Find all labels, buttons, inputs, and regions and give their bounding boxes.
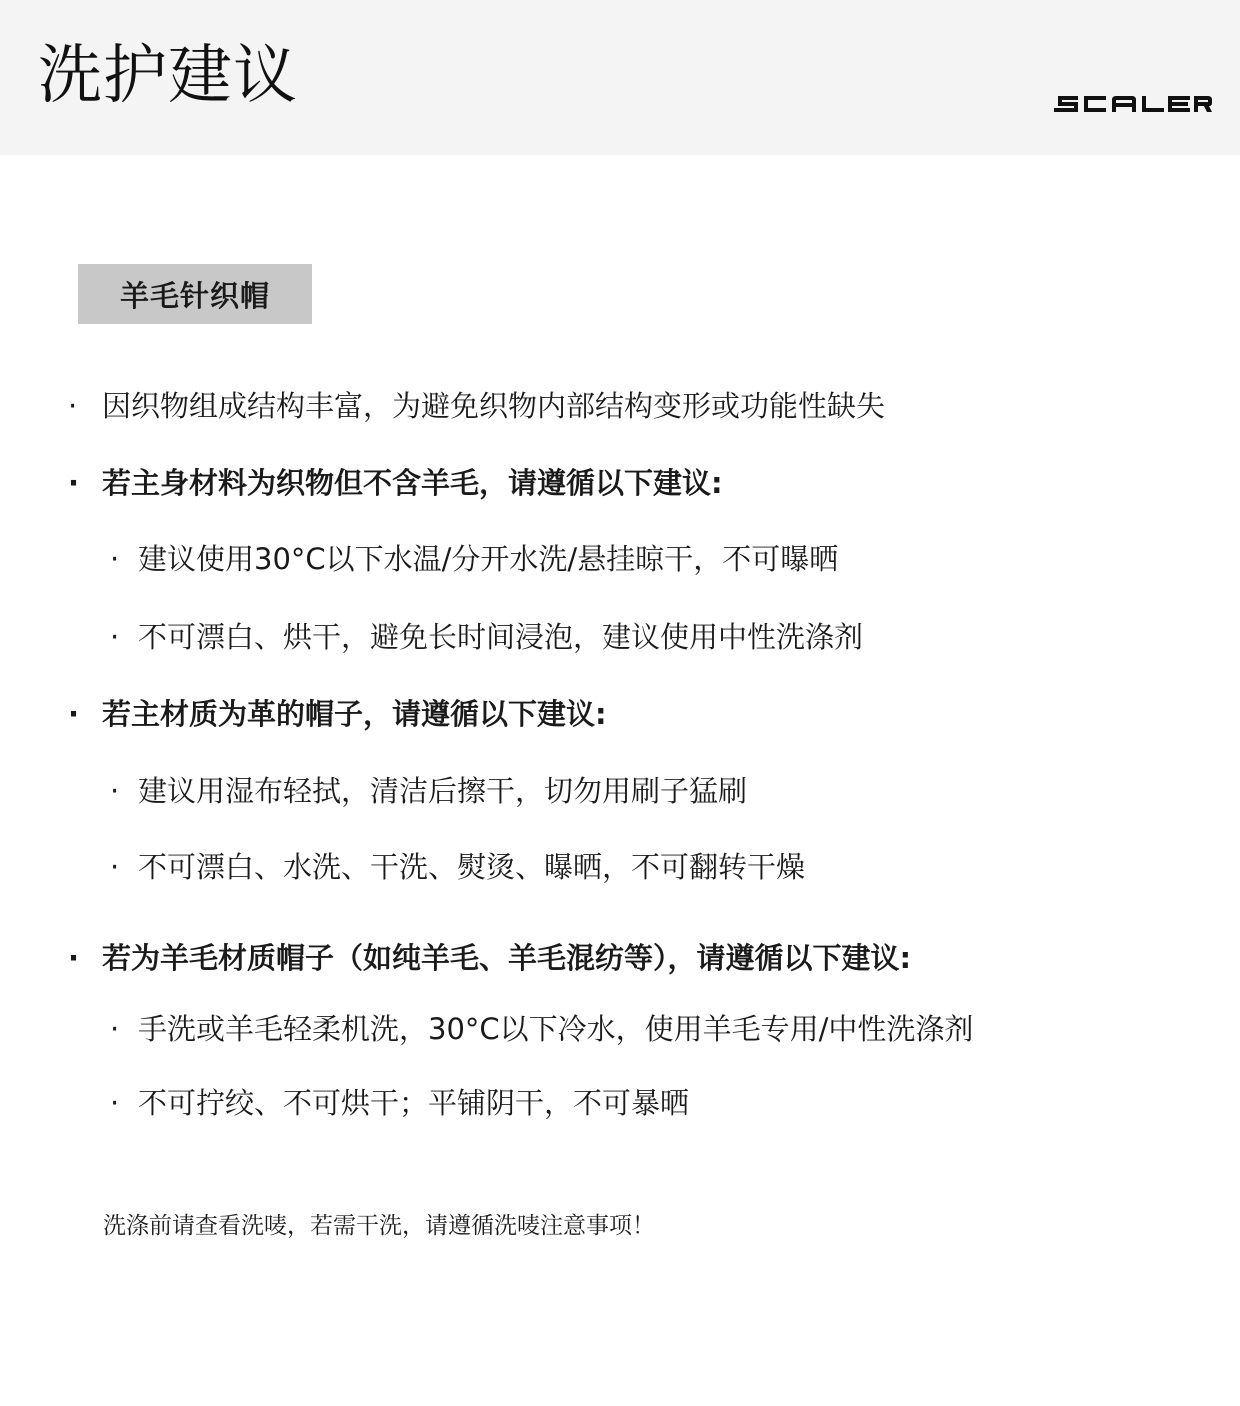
list-item: ·不可拧绞、不可烘干；平铺阴干，不可暴晒: [110, 1083, 689, 1123]
list-item: ·建议用湿布轻拭，清洁后擦干，切勿用刷子猛刷: [110, 771, 747, 811]
section-heading-fabric: ·若主身材料为织物但不含羊毛，请遵循以下建议:: [68, 463, 723, 503]
item-text: 建议用湿布轻拭，清洁后擦干，切勿用刷子猛刷: [138, 774, 747, 808]
intro-line: ·因织物组成结构丰富，为避免织物内部结构变形或功能性缺失: [68, 386, 885, 426]
page-title: 洗护建议: [38, 34, 298, 118]
bullet-icon: ·: [110, 771, 138, 811]
list-item: ·不可漂白、水洗、干洗、熨烫、曝晒，不可翻转干燥: [110, 847, 805, 887]
item-text: 不可漂白、烘干，避免长时间浸泡，建议使用中性洗涤剂: [138, 620, 863, 654]
section-heading-wool: ·若为羊毛材质帽子（如纯羊毛、羊毛混纺等），请遵循以下建议:: [68, 938, 911, 978]
heading-text: 若主身材料为织物但不含羊毛，请遵循以下建议:: [102, 466, 723, 500]
bullet-icon: ·: [110, 847, 138, 887]
intro-text: 因织物组成结构丰富，为避免织物内部结构变形或功能性缺失: [102, 389, 885, 423]
bullet-icon: ·: [68, 938, 102, 978]
bullet-icon: ·: [110, 1009, 138, 1049]
item-text: 手洗或羊毛轻柔机洗，30°C以下冷水，使用羊毛专用/中性洗涤剂: [138, 1012, 973, 1046]
section-heading-leather: ·若主材质为革的帽子，请遵循以下建议:: [68, 694, 607, 734]
bullet-icon: ·: [110, 617, 138, 657]
footer-note: 洗涤前请查看洗唛，若需干洗，请遵循洗唛注意事项！: [103, 1210, 655, 1242]
bullet-icon: ·: [110, 1083, 138, 1123]
bullet-icon: ·: [68, 463, 102, 503]
bullet-icon: ·: [68, 694, 102, 734]
bullet-icon: ·: [110, 539, 138, 579]
heading-text: 若主材质为革的帽子，请遵循以下建议:: [102, 697, 607, 731]
list-item: ·手洗或羊毛轻柔机洗，30°C以下冷水，使用羊毛专用/中性洗涤剂: [110, 1009, 973, 1049]
list-item: ·建议使用30°C以下水温/分开水洗/悬挂晾干，不可曝晒: [110, 539, 838, 579]
item-text: 不可漂白、水洗、干洗、熨烫、曝晒，不可翻转干燥: [138, 850, 805, 884]
item-text: 建议使用30°C以下水温/分开水洗/悬挂晾干，不可曝晒: [138, 542, 838, 576]
page-header: 洗护建议: [0, 0, 1240, 155]
item-text: 不可拧绞、不可烘干；平铺阴干，不可暴晒: [138, 1086, 689, 1120]
brand-logo: [1054, 92, 1212, 116]
heading-text: 若为羊毛材质帽子（如纯羊毛、羊毛混纺等），请遵循以下建议:: [102, 941, 911, 975]
category-tag: 羊毛针织帽: [78, 264, 312, 324]
bullet-icon: ·: [68, 386, 102, 426]
list-item: ·不可漂白、烘干，避免长时间浸泡，建议使用中性洗涤剂: [110, 617, 863, 657]
